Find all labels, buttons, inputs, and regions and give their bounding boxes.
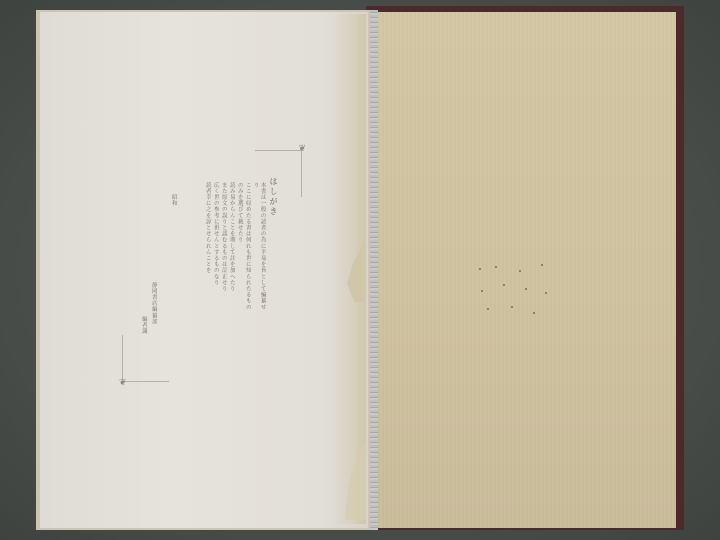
body-column: ここに収めたる書は何れも世に知られたるもの: [244, 182, 251, 312]
date-label: 昭和: [170, 194, 177, 234]
signature: 編者識: [140, 316, 147, 356]
body-column: また原文の誤りと認むるものは訂正せり: [220, 182, 227, 312]
body-column: のみを選びて載せたり: [236, 182, 243, 312]
preface-title: はしがき: [268, 177, 279, 217]
body-column: 本書は一般の読者の為に平易を旨として編纂せり: [252, 182, 266, 312]
foxing-specks: [475, 262, 555, 322]
ornament-icon: ❦: [298, 144, 306, 154]
ornament-icon: ❦: [119, 378, 127, 388]
publisher-name: 静岡書店編纂部: [150, 282, 157, 352]
body-column: 読み易からんことを期して註を加へたり: [228, 182, 235, 312]
body-column: 広く世の参考に供せんとするものなり: [212, 182, 219, 312]
body-column: 読者幸に之を諒とせられんことを: [204, 182, 211, 312]
